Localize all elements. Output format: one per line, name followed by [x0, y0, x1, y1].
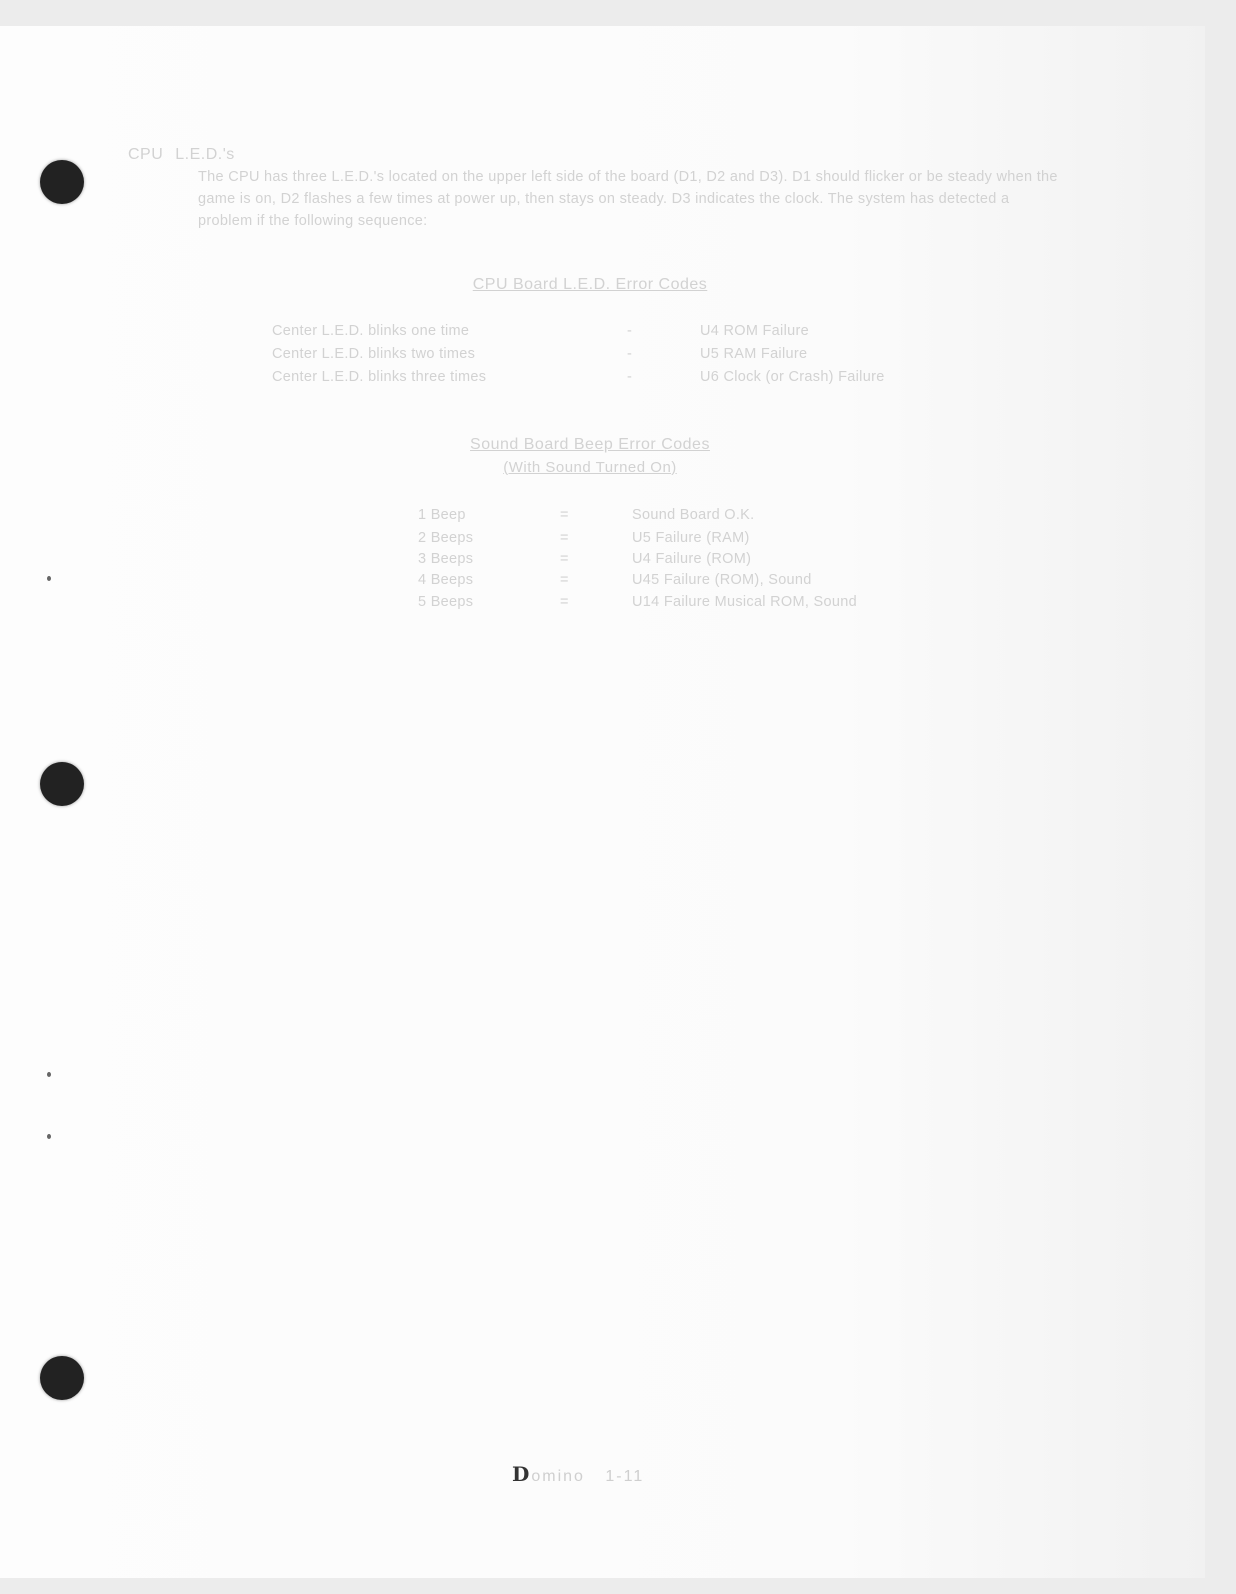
footer-brand: omino — [531, 1468, 585, 1485]
cpu-code-meaning: U5 RAM Failure — [700, 346, 807, 362]
beep-meaning: U5 Failure (RAM) — [632, 530, 750, 546]
cpu-code-indication: Center L.E.D. blinks three times — [272, 369, 486, 385]
section-paragraph: The CPU has three L.E.D.'s located on th… — [198, 166, 1068, 232]
sound-error-codes-title: Sound Board Beep Error Codes — [0, 436, 1180, 454]
scan-speck — [47, 1134, 51, 1139]
cpu-code-separator: - — [627, 346, 632, 362]
beep-meaning: U14 Failure Musical ROM, Sound — [632, 594, 857, 610]
beep-count: 2 Beeps — [418, 530, 473, 546]
cpu-code-indication: Center L.E.D. blinks one time — [272, 323, 469, 339]
scan-speck — [47, 1072, 51, 1077]
section-label: CPU — [128, 146, 163, 163]
binder-hole-bottom — [40, 1356, 84, 1400]
binder-hole-middle — [40, 762, 84, 806]
cpu-code-separator: - — [627, 323, 632, 339]
beep-meaning: Sound Board O.K. — [632, 507, 755, 523]
cpu-code-meaning: U6 Clock (or Crash) Failure — [700, 369, 885, 385]
cpu-code-separator: - — [627, 369, 632, 385]
beep-separator: = — [560, 530, 569, 546]
section-title: L.E.D.'s — [175, 146, 235, 163]
page-footer: Domino 1-11 — [512, 1462, 644, 1486]
footer-initial: D — [512, 1462, 531, 1486]
beep-meaning: U45 Failure (ROM), Sound — [632, 572, 812, 588]
beep-meaning: U4 Failure (ROM) — [632, 551, 751, 567]
document-page — [0, 26, 1205, 1578]
beep-count: 1 Beep — [418, 507, 466, 523]
binder-hole-top — [40, 160, 84, 204]
beep-separator: = — [560, 594, 569, 610]
beep-separator: = — [560, 551, 569, 567]
beep-count: 4 Beeps — [418, 572, 473, 588]
beep-count: 3 Beeps — [418, 551, 473, 567]
section-heading: CPUL.E.D.'s — [128, 146, 261, 164]
sound-error-codes-subtitle: (With Sound Turned On) — [0, 459, 1180, 476]
beep-separator: = — [560, 572, 569, 588]
scan-speck — [47, 576, 51, 581]
beep-count: 5 Beeps — [418, 594, 473, 610]
cpu-code-meaning: U4 ROM Failure — [700, 323, 809, 339]
page-number: 1-11 — [605, 1468, 644, 1485]
beep-separator: = — [560, 507, 569, 523]
cpu-error-codes-title: CPU Board L.E.D. Error Codes — [0, 276, 1180, 294]
cpu-code-indication: Center L.E.D. blinks two times — [272, 346, 475, 362]
